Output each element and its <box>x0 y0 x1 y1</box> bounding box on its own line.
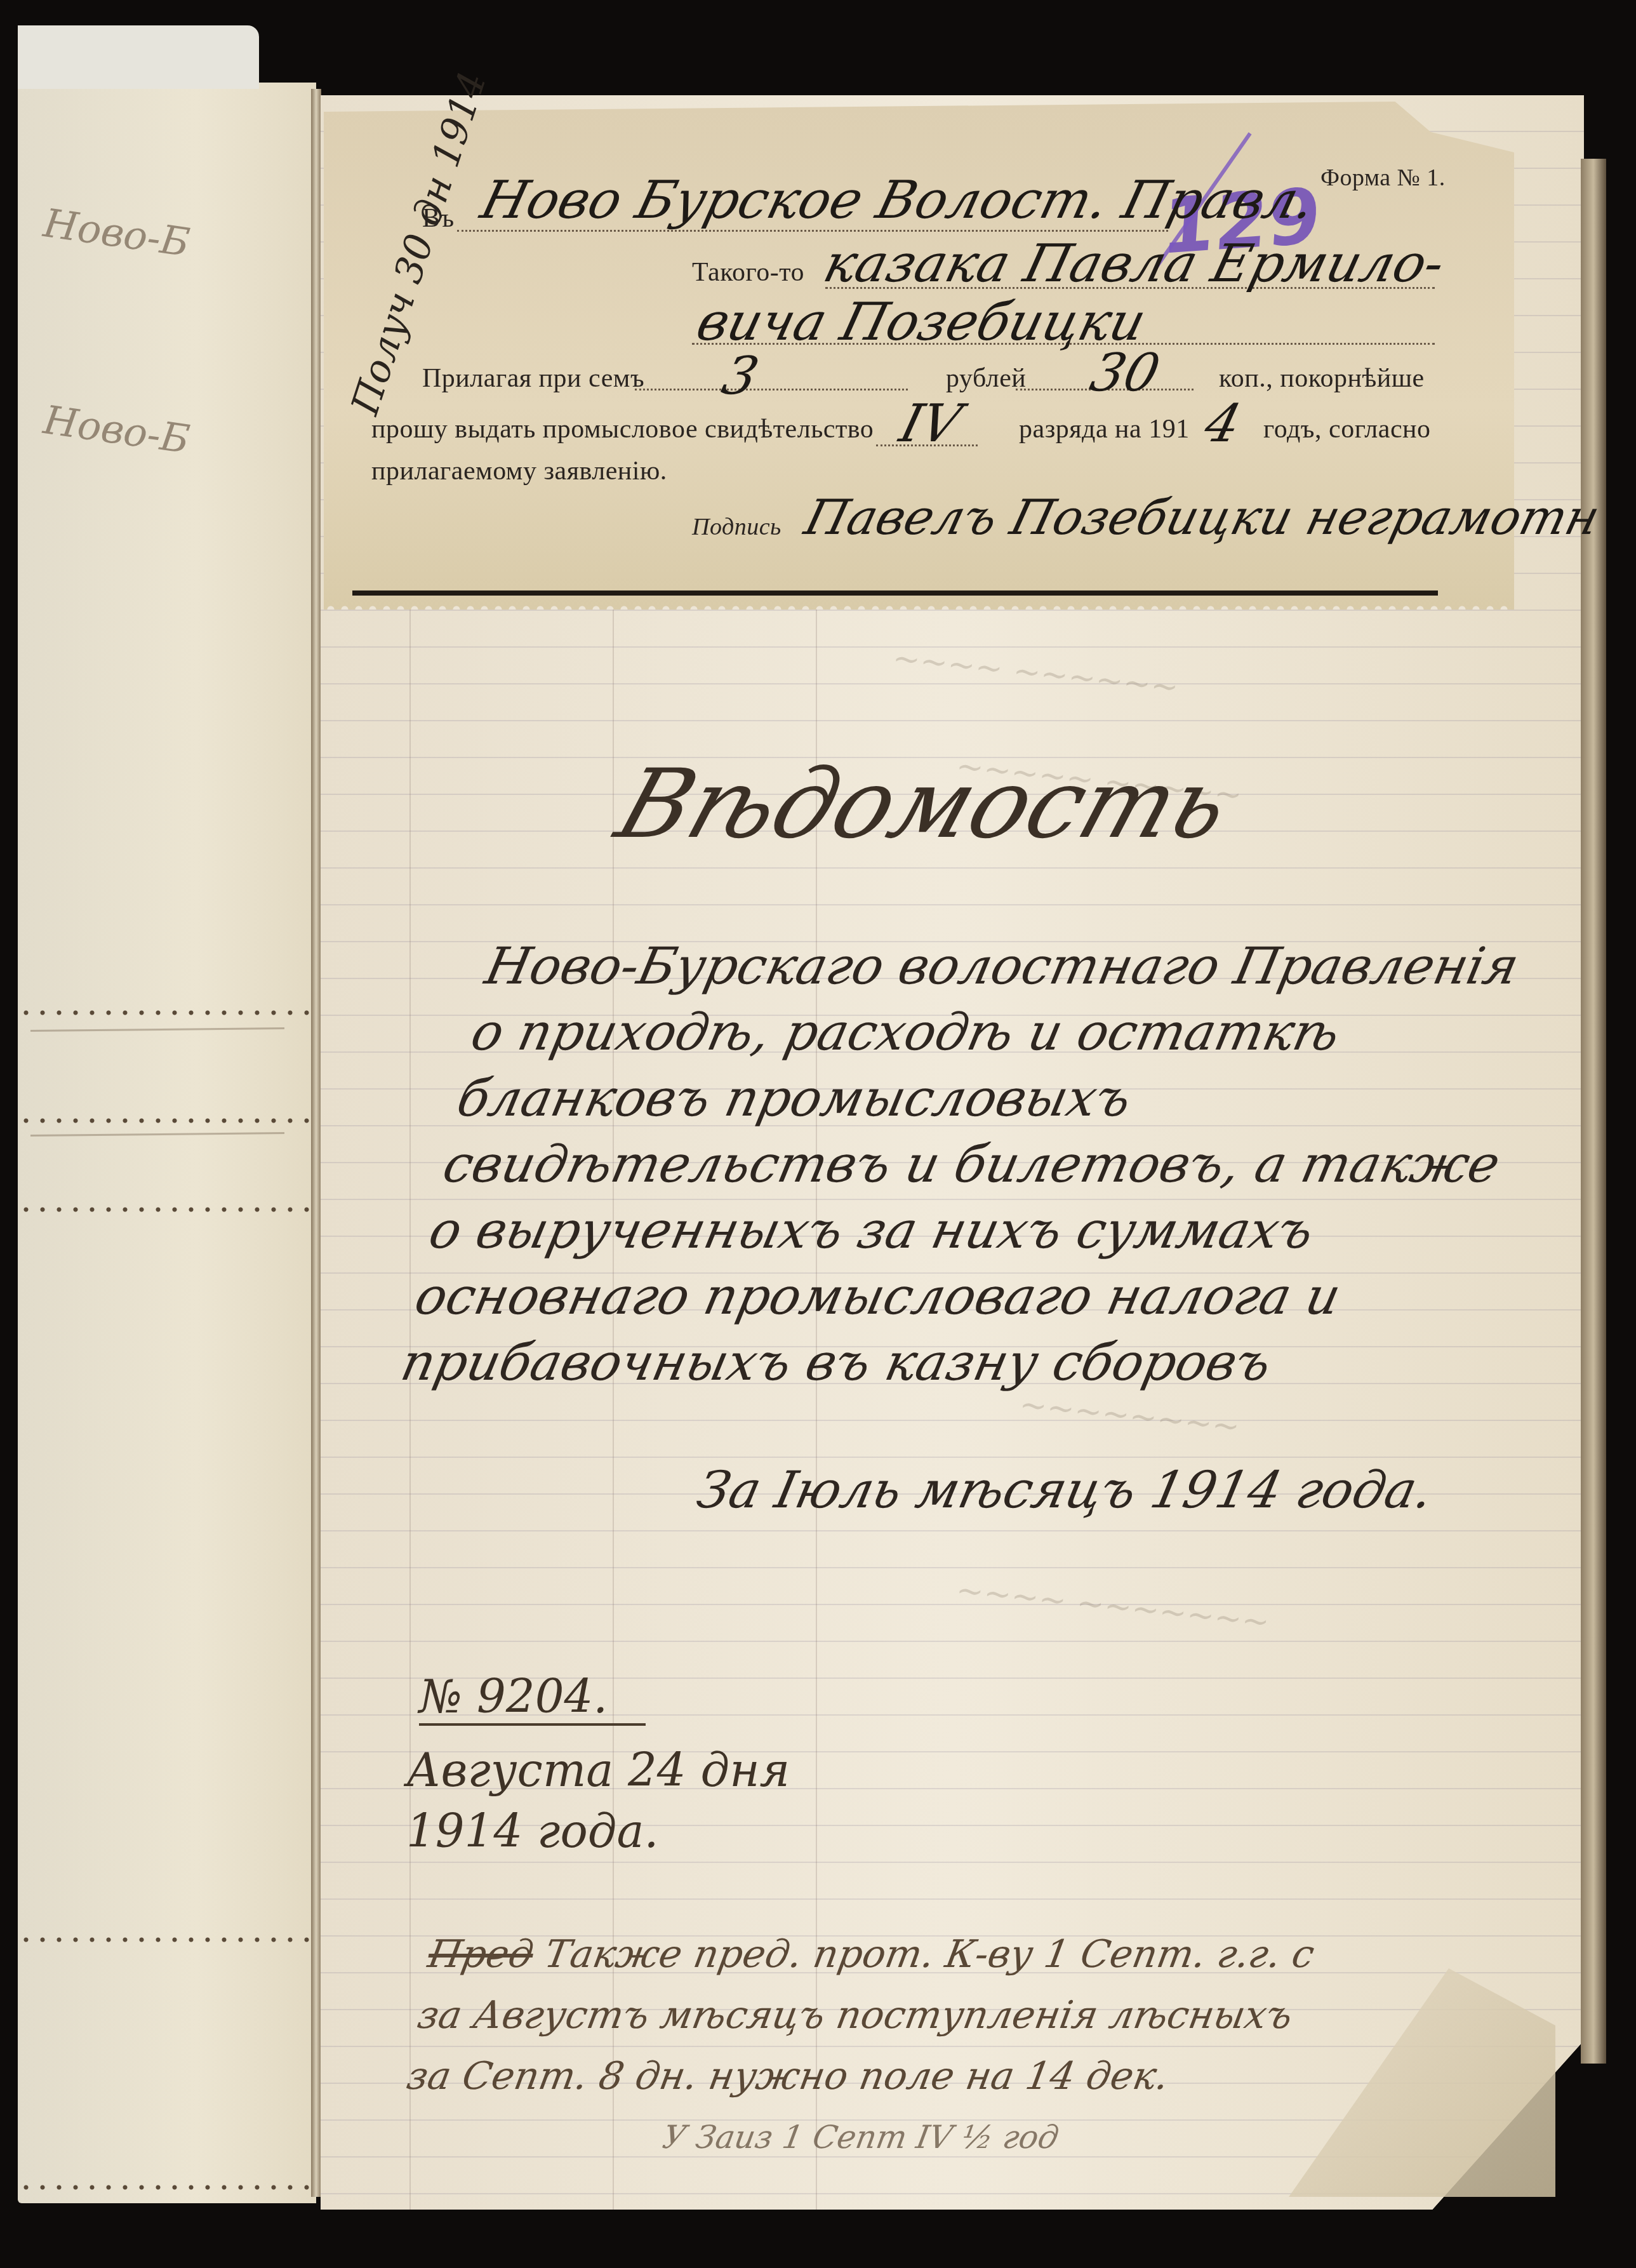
perforation-line <box>18 1937 316 1943</box>
book-spine <box>311 89 321 2197</box>
rubles-label: рублей <box>946 363 1026 394</box>
registration-number: № 9204. <box>419 1670 646 1726</box>
kopecks-label: коп., покорнѣйше <box>1219 363 1425 394</box>
registration-date-line2: 1914 года. <box>406 1801 790 1862</box>
bleed-through-text: ~~~~ ~~~~~~~ <box>954 1571 1271 1641</box>
form-number: Форма № 1. <box>1320 164 1446 192</box>
to-label: Въ <box>422 203 455 234</box>
signature-label: Подпись <box>692 513 781 541</box>
attach-label: Прилагая при семъ <box>422 363 644 394</box>
perforation-line <box>18 2184 316 2191</box>
left-folded-pages: Ново-Б Ново-Б <box>18 83 316 2203</box>
bottom-note-line1-text: Также пред. прот. К-ву 1 Септ. г.г. с <box>542 1932 1318 1977</box>
category-label: разряда на 191 <box>1019 414 1190 444</box>
tear-line <box>30 1132 284 1137</box>
attached-text: прилагаемому заявленію. <box>371 456 667 486</box>
from-value-line2: вича Позебицки <box>691 292 1152 352</box>
left-page-top-strip <box>18 25 259 89</box>
from-label: Такого-то <box>692 257 804 288</box>
bottom-note-line4: У Заиз 1 Септ IV ½ год <box>391 2107 1545 2168</box>
rubles-field-line <box>635 389 908 390</box>
bottom-note-line1: Пред Также пред. прот. К-ву 1 Септ. г.г.… <box>423 1924 1577 1985</box>
form-bottom-rule <box>352 590 1438 596</box>
ledger-title: Вѣдомость <box>604 749 1244 860</box>
ledger-description: Ново-Бурскаго волостнаго Правленія о при… <box>396 933 1560 1396</box>
request-text: прошу выдать промысловое свидѣтельство <box>371 414 874 444</box>
bleed-through-text: ~~~~ ~~~~~~ <box>891 639 1180 707</box>
ledger-period: За Іюль мѣсяцъ 1914 года. <box>692 1460 1438 1519</box>
registration-date: Августа 24 дня 1914 года. <box>406 1740 790 1862</box>
perforation-line <box>18 1206 316 1213</box>
registration-date-line1: Августа 24 дня <box>406 1740 790 1801</box>
left-page-scribble: Ново-Б <box>41 396 192 462</box>
bottom-note: Пред Также пред. прот. К-ву 1 Септ. г.г.… <box>391 1924 1577 2168</box>
perforation-line <box>18 1010 316 1016</box>
signature-value: Павелъ Позебицки неграмотн <box>799 489 1606 545</box>
from-value-line1: казака Павла Ермило- <box>818 234 1451 294</box>
page-edges <box>1581 159 1606 2064</box>
perforation-line <box>18 1117 316 1124</box>
to-value: Ново Бурское Волост. Правл. <box>475 170 1321 230</box>
bottom-note-line3: за Септ. 8 дн. нужно поле на 14 дек. <box>402 2046 1555 2107</box>
struck-word: Пред <box>425 1932 537 1977</box>
bottom-note-line2: за Августъ мѣсяцъ поступленія лѣсныхъ <box>413 1985 1566 2046</box>
year-suffix: годъ, согласно <box>1263 414 1431 444</box>
left-page-scribble: Ново-Б <box>41 199 192 265</box>
ledger-column-line <box>409 603 411 2210</box>
tear-line <box>30 1027 284 1032</box>
